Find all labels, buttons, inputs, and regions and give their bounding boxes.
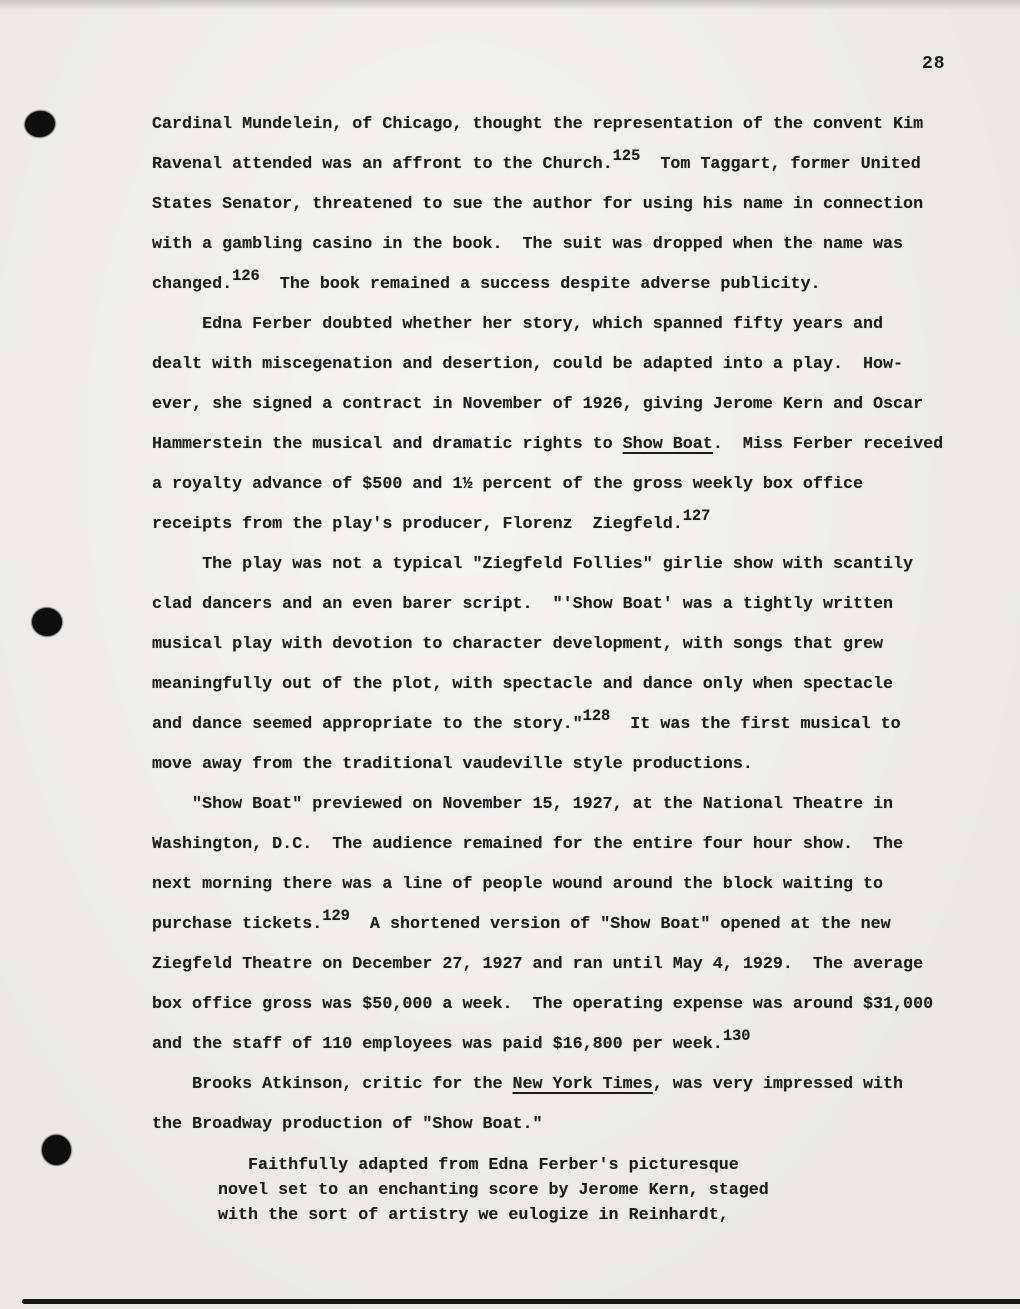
text-segment: . Miss Ferber received: [713, 435, 943, 454]
scan-bottom-edge-line: [22, 1299, 1020, 1304]
text-segment: Tom Taggart, former United: [640, 155, 920, 174]
text-segment: , was very impressed with: [653, 1075, 903, 1094]
text-segment: purchase tickets.: [152, 915, 322, 934]
text-line: novel set to an enchanting score by Jero…: [218, 1178, 982, 1203]
block-quote: Faithfully adapted from Edna Ferber's pi…: [218, 1153, 982, 1228]
text-line: musical play with devotion to character …: [152, 625, 982, 665]
footnote-marker: 130: [723, 1027, 751, 1045]
text-segment: dealt with miscegenation and desertion, …: [152, 355, 903, 374]
text-line: next morning there was a line of people …: [152, 865, 982, 905]
text-segment: ever, she signed a contract in November …: [152, 395, 923, 414]
text-segment: The book remained a success despite adve…: [260, 275, 821, 294]
text-line: meaningfully out of the plot, with spect…: [152, 665, 982, 705]
text-line: with a gambling casino in the book. The …: [152, 225, 982, 265]
text-segment: and the staff of 110 employees was paid …: [152, 1035, 723, 1054]
text-segment: "Show Boat" previewed on November 15, 19…: [152, 795, 893, 814]
text-line: and dance seemed appropriate to the stor…: [152, 705, 982, 745]
text-line: a royalty advance of $500 and 1½ percent…: [152, 465, 982, 505]
text-segment: clad dancers and an even barer script. "…: [152, 595, 893, 614]
text-line: "Show Boat" previewed on November 15, 19…: [152, 785, 982, 825]
text-segment: The play was not a typical "Ziegfeld Fol…: [152, 555, 913, 574]
paragraph: Edna Ferber doubted whether her story, w…: [152, 305, 982, 545]
hole-punch-mark: [41, 1134, 72, 1166]
text-segment: States Senator, threatened to sue the au…: [152, 195, 923, 214]
text-line: The play was not a typical "Ziegfeld Fol…: [152, 545, 982, 585]
text-line: the Broadway production of "Show Boat.": [152, 1105, 982, 1145]
text-segment: with the sort of artistry we eulogize in…: [218, 1206, 729, 1225]
text-line: States Senator, threatened to sue the au…: [152, 185, 982, 225]
text-line: Faithfully adapted from Edna Ferber's pi…: [218, 1153, 982, 1178]
text-segment: meaningfully out of the plot, with spect…: [152, 675, 893, 694]
text-segment: musical play with devotion to character …: [152, 635, 883, 654]
text-line: with the sort of artistry we eulogize in…: [218, 1203, 982, 1228]
text-segment: a royalty advance of $500 and 1½ percent…: [152, 475, 863, 494]
paragraph: Cardinal Mundelein, of Chicago, thought …: [152, 105, 982, 305]
text-line: dealt with miscegenation and desertion, …: [152, 345, 982, 385]
page-number: 28: [922, 54, 946, 74]
text-segment: It was the first musical to: [610, 715, 900, 734]
hole-punch-mark: [23, 109, 56, 139]
footnote-marker: 129: [322, 907, 350, 925]
text-line: clad dancers and an even barer script. "…: [152, 585, 982, 625]
text-segment: Ravenal attended was an affront to the C…: [152, 155, 613, 174]
text-line: Washington, D.C. The audience remained f…: [152, 825, 982, 865]
footnote-marker: 125: [613, 147, 641, 165]
text-segment: next morning there was a line of people …: [152, 875, 883, 894]
text-segment: Cardinal Mundelein, of Chicago, thought …: [152, 115, 923, 134]
hole-punch-mark: [31, 607, 63, 638]
text-segment: Brooks Atkinson, critic for the: [152, 1075, 513, 1094]
text-segment: Hammerstein the musical and dramatic rig…: [152, 435, 623, 454]
text-line: Cardinal Mundelein, of Chicago, thought …: [152, 105, 982, 145]
document-page: 28 Cardinal Mundelein, of Chicago, thoug…: [0, 0, 1020, 1309]
text-segment: the Broadway production of "Show Boat.": [152, 1115, 543, 1134]
text-line: move away from the traditional vaudevill…: [152, 745, 982, 785]
text-line: Ziegfeld Theatre on December 27, 1927 an…: [152, 945, 982, 985]
text-segment: and dance seemed appropriate to the stor…: [152, 715, 583, 734]
text-segment: Edna Ferber doubted whether her story, w…: [152, 315, 883, 334]
text-segment: Faithfully adapted from Edna Ferber's pi…: [218, 1156, 739, 1175]
text-line: receipts from the play's producer, Flore…: [152, 505, 982, 545]
footnote-marker: 127: [683, 507, 711, 525]
text-line: and the staff of 110 employees was paid …: [152, 1025, 982, 1065]
text-segment: receipts from the play's producer, Flore…: [152, 515, 683, 534]
text-segment: box office gross was $50,000 a week. The…: [152, 995, 933, 1014]
footnote-marker: 128: [583, 707, 611, 725]
paragraph: Brooks Atkinson, critic for the New York…: [152, 1065, 982, 1145]
text-line: box office gross was $50,000 a week. The…: [152, 985, 982, 1025]
text-line: Hammerstein the musical and dramatic rig…: [152, 425, 982, 465]
text-line: purchase tickets.129 A shortened version…: [152, 905, 982, 945]
text-segment: A shortened version of "Show Boat" opene…: [350, 915, 891, 934]
text-line: Ravenal attended was an affront to the C…: [152, 145, 982, 185]
underlined-title: New York Times: [513, 1075, 653, 1094]
text-line: Edna Ferber doubted whether her story, w…: [152, 305, 982, 345]
paragraph: The play was not a typical "Ziegfeld Fol…: [152, 545, 982, 785]
underlined-title: Show Boat: [623, 435, 713, 454]
text-segment: move away from the traditional vaudevill…: [152, 755, 753, 774]
scan-top-edge: [0, 0, 1020, 10]
paragraph: "Show Boat" previewed on November 15, 19…: [152, 785, 982, 1065]
text-block: Cardinal Mundelein, of Chicago, thought …: [152, 105, 982, 1228]
text-segment: changed.: [152, 275, 232, 294]
text-line: ever, she signed a contract in November …: [152, 385, 982, 425]
text-segment: Washington, D.C. The audience remained f…: [152, 835, 903, 854]
text-segment: novel set to an enchanting score by Jero…: [218, 1181, 769, 1200]
text-line: changed.126 The book remained a success …: [152, 265, 982, 305]
footnote-marker: 126: [232, 267, 260, 285]
text-segment: Ziegfeld Theatre on December 27, 1927 an…: [152, 955, 923, 974]
text-line: Brooks Atkinson, critic for the New York…: [152, 1065, 982, 1105]
text-segment: with a gambling casino in the book. The …: [152, 235, 903, 254]
